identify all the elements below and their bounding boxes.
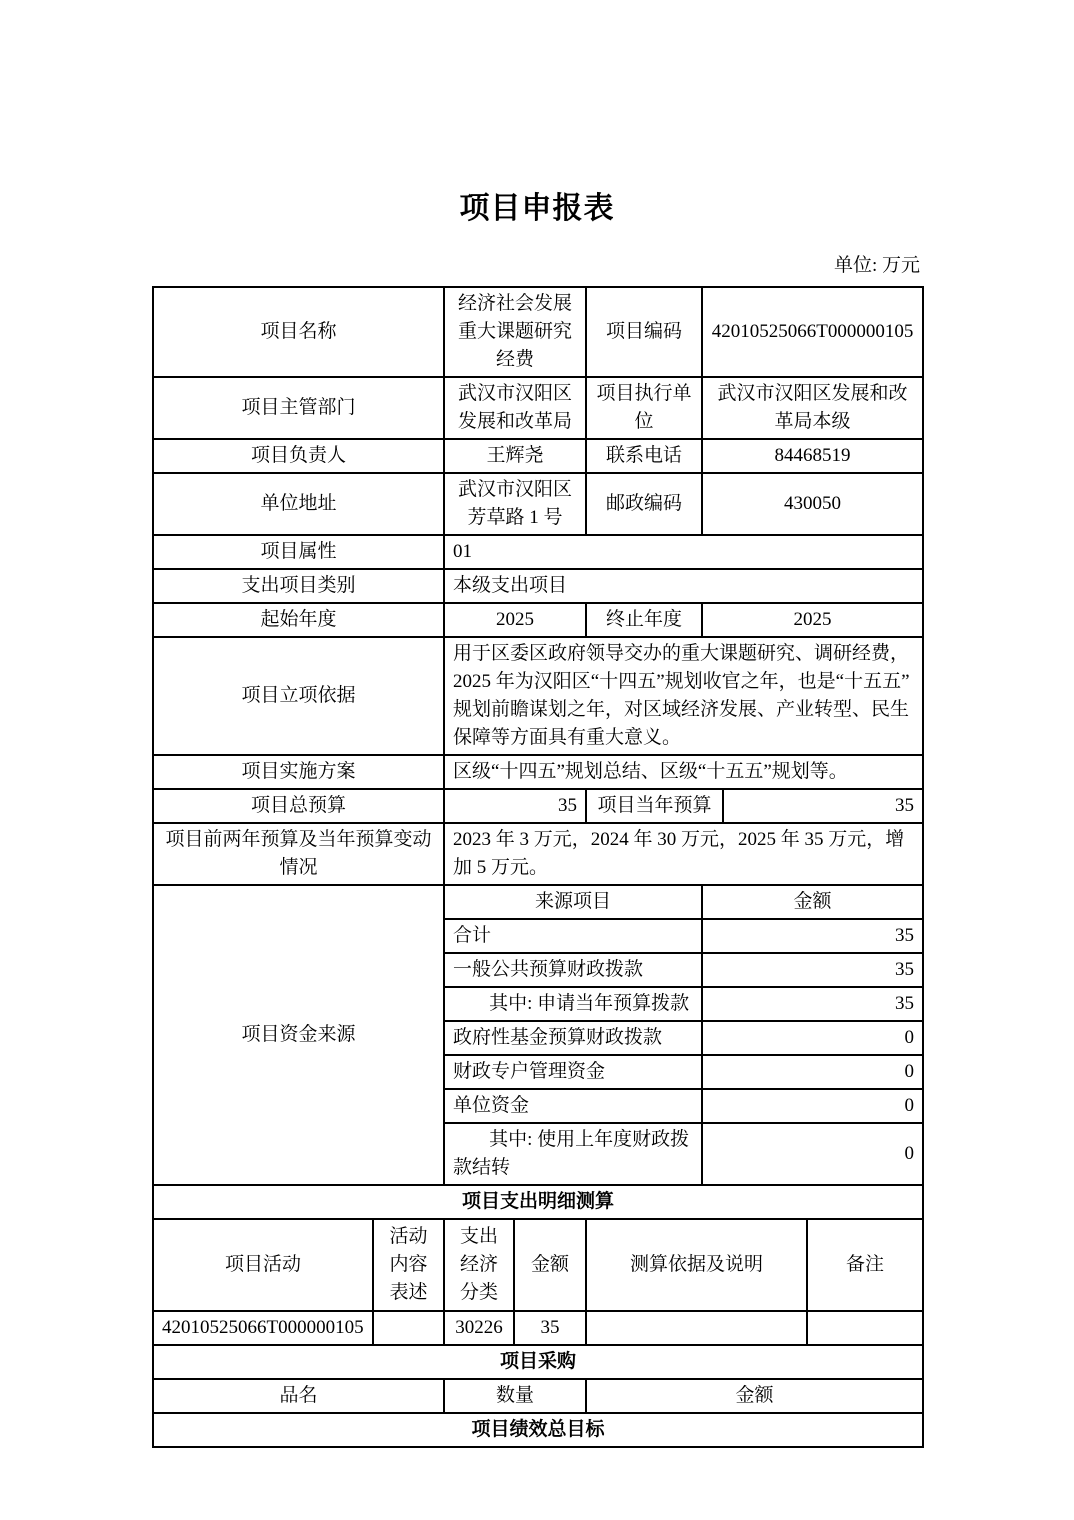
attribute-value: 01 xyxy=(444,535,923,569)
row-funding-header: 项目资金来源 来源项目 金额 xyxy=(153,885,923,919)
phone-label: 联系电话 xyxy=(586,439,702,473)
row-prev-budget: 项目前两年预算及当年预算变动情况 2023 年 3 万元，2024 年 30 万… xyxy=(153,823,923,885)
expense-header-content: 活动内容表述 xyxy=(373,1219,444,1311)
leader-label: 项目负责人 xyxy=(153,439,444,473)
row-expense-section: 项目支出明细测算 xyxy=(153,1185,923,1219)
dept-value: 武汉市汉阳区发展和改革局 xyxy=(444,377,586,439)
category-label: 支出项目类别 xyxy=(153,569,444,603)
expense-header-econ-class: 支出经济分类 xyxy=(444,1219,514,1311)
row-address: 单位地址 武汉市汉阳区芳草路 1 号 邮政编码 430050 xyxy=(153,473,923,535)
row-category: 支出项目类别 本级支出项目 xyxy=(153,569,923,603)
row-budget: 项目总预算 35 项目当年预算 35 xyxy=(153,789,923,823)
end-year-value: 2025 xyxy=(702,603,923,637)
end-year-label: 终止年度 xyxy=(586,603,702,637)
exec-unit-value: 武汉市汉阳区发展和改革局本级 xyxy=(702,377,923,439)
row-expense-headers: 项目活动 活动内容表述 支出经济分类 金额 测算依据及说明 备注 xyxy=(153,1219,923,1311)
expense-header-activity: 项目活动 xyxy=(153,1219,373,1311)
row-project-name: 项目名称 经济社会发展重大课题研究经费 项目编码 42010525066T000… xyxy=(153,287,923,377)
phone-value: 84468519 xyxy=(702,439,923,473)
row-procurement-headers: 品名 数量 金额 xyxy=(153,1379,923,1413)
start-year-label: 起始年度 xyxy=(153,603,444,637)
funding-item-name: 政府性基金预算财政拨款 xyxy=(444,1021,702,1055)
attribute-label: 项目属性 xyxy=(153,535,444,569)
basis-label: 项目立项依据 xyxy=(153,637,444,755)
project-code-label: 项目编码 xyxy=(586,287,702,377)
expense-section-title: 项目支出明细测算 xyxy=(153,1185,923,1219)
funding-item-amount: 0 xyxy=(702,1089,923,1123)
row-procurement-section: 项目采购 xyxy=(153,1345,923,1379)
funding-amount-header: 金额 xyxy=(702,885,923,919)
project-name-value: 经济社会发展重大课题研究经费 xyxy=(444,287,586,377)
funding-source-header: 来源项目 xyxy=(444,885,702,919)
funding-label: 项目资金来源 xyxy=(153,885,444,1185)
page-title: 项目申报表 xyxy=(152,190,922,228)
expense-content-value xyxy=(373,1311,444,1345)
funding-item-name: 其中: 申请当年预算拨款 xyxy=(444,987,702,1021)
row-expense-data: 42010525066T000000105 30226 35 xyxy=(153,1311,923,1345)
funding-item-name: 其中: 使用上年度财政拨款结转 xyxy=(444,1123,702,1185)
exec-unit-label: 项目执行单位 xyxy=(586,377,702,439)
funding-item-name: 单位资金 xyxy=(444,1089,702,1123)
unit-note: 单位: 万元 xyxy=(152,255,922,277)
plan-label: 项目实施方案 xyxy=(153,755,444,789)
basis-value: 用于区委区政府领导交办的重大课题研究、调研经费，2025 年为汉阳区“十四五”规… xyxy=(444,637,923,755)
application-form-table: 项目名称 经济社会发展重大课题研究经费 项目编码 42010525066T000… xyxy=(152,286,924,1448)
performance-section-title: 项目绩效总目标 xyxy=(153,1413,923,1447)
expense-header-basis: 测算依据及说明 xyxy=(586,1219,807,1311)
row-performance-section: 项目绩效总目标 xyxy=(153,1413,923,1447)
funding-item-amount: 0 xyxy=(702,1021,923,1055)
prev-budget-label: 项目前两年预算及当年预算变动情况 xyxy=(153,823,444,885)
start-year-value: 2025 xyxy=(444,603,586,637)
total-budget-label: 项目总预算 xyxy=(153,789,444,823)
funding-item-amount: 35 xyxy=(702,919,923,953)
project-name-label: 项目名称 xyxy=(153,287,444,377)
dept-label: 项目主管部门 xyxy=(153,377,444,439)
procurement-name-header: 品名 xyxy=(153,1379,444,1413)
funding-item-name: 一般公共预算财政拨款 xyxy=(444,953,702,987)
prev-budget-value: 2023 年 3 万元，2024 年 30 万元，2025 年 35 万元，增加… xyxy=(444,823,923,885)
expense-header-amount: 金额 xyxy=(514,1219,586,1311)
row-attribute: 项目属性 01 xyxy=(153,535,923,569)
postcode-value: 430050 xyxy=(702,473,923,535)
row-leader: 项目负责人 王辉尧 联系电话 84468519 xyxy=(153,439,923,473)
row-years: 起始年度 2025 终止年度 2025 xyxy=(153,603,923,637)
procurement-section-title: 项目采购 xyxy=(153,1345,923,1379)
funding-item-amount: 35 xyxy=(702,953,923,987)
form-content: 项目申报表 单位: 万元 项目名称 经济社会发展重大课题研究经费 项目编码 42… xyxy=(152,0,922,1448)
category-value: 本级支出项目 xyxy=(444,569,923,603)
form-page: 项目申报表 单位: 万元 项目名称 经济社会发展重大课题研究经费 项目编码 42… xyxy=(0,0,1074,1520)
year-budget-value: 35 xyxy=(723,789,923,823)
address-value: 武汉市汉阳区芳草路 1 号 xyxy=(444,473,586,535)
row-plan: 项目实施方案 区级“十四五”规划总结、区级“十五五”规划等。 xyxy=(153,755,923,789)
expense-basis-value xyxy=(586,1311,807,1345)
expense-activity-value: 42010525066T000000105 xyxy=(153,1311,373,1345)
project-code-value: 42010525066T000000105 xyxy=(702,287,923,377)
funding-item-amount: 0 xyxy=(702,1123,923,1185)
postcode-label: 邮政编码 xyxy=(586,473,702,535)
procurement-amount-header: 金额 xyxy=(586,1379,923,1413)
row-basis: 项目立项依据 用于区委区政府领导交办的重大课题研究、调研经费，2025 年为汉阳… xyxy=(153,637,923,755)
leader-value: 王辉尧 xyxy=(444,439,586,473)
expense-header-note: 备注 xyxy=(807,1219,923,1311)
expense-note-value xyxy=(807,1311,923,1345)
row-dept: 项目主管部门 武汉市汉阳区发展和改革局 项目执行单位 武汉市汉阳区发展和改革局本… xyxy=(153,377,923,439)
plan-value: 区级“十四五”规划总结、区级“十五五”规划等。 xyxy=(444,755,923,789)
procurement-qty-header: 数量 xyxy=(444,1379,586,1413)
total-budget-value: 35 xyxy=(444,789,586,823)
funding-item-amount: 0 xyxy=(702,1055,923,1089)
expense-econ-class-value: 30226 xyxy=(444,1311,514,1345)
expense-amount-value: 35 xyxy=(514,1311,586,1345)
funding-item-amount: 35 xyxy=(702,987,923,1021)
address-label: 单位地址 xyxy=(153,473,444,535)
year-budget-label: 项目当年预算 xyxy=(586,789,723,823)
funding-item-name: 财政专户管理资金 xyxy=(444,1055,702,1089)
funding-item-name: 合计 xyxy=(444,919,702,953)
